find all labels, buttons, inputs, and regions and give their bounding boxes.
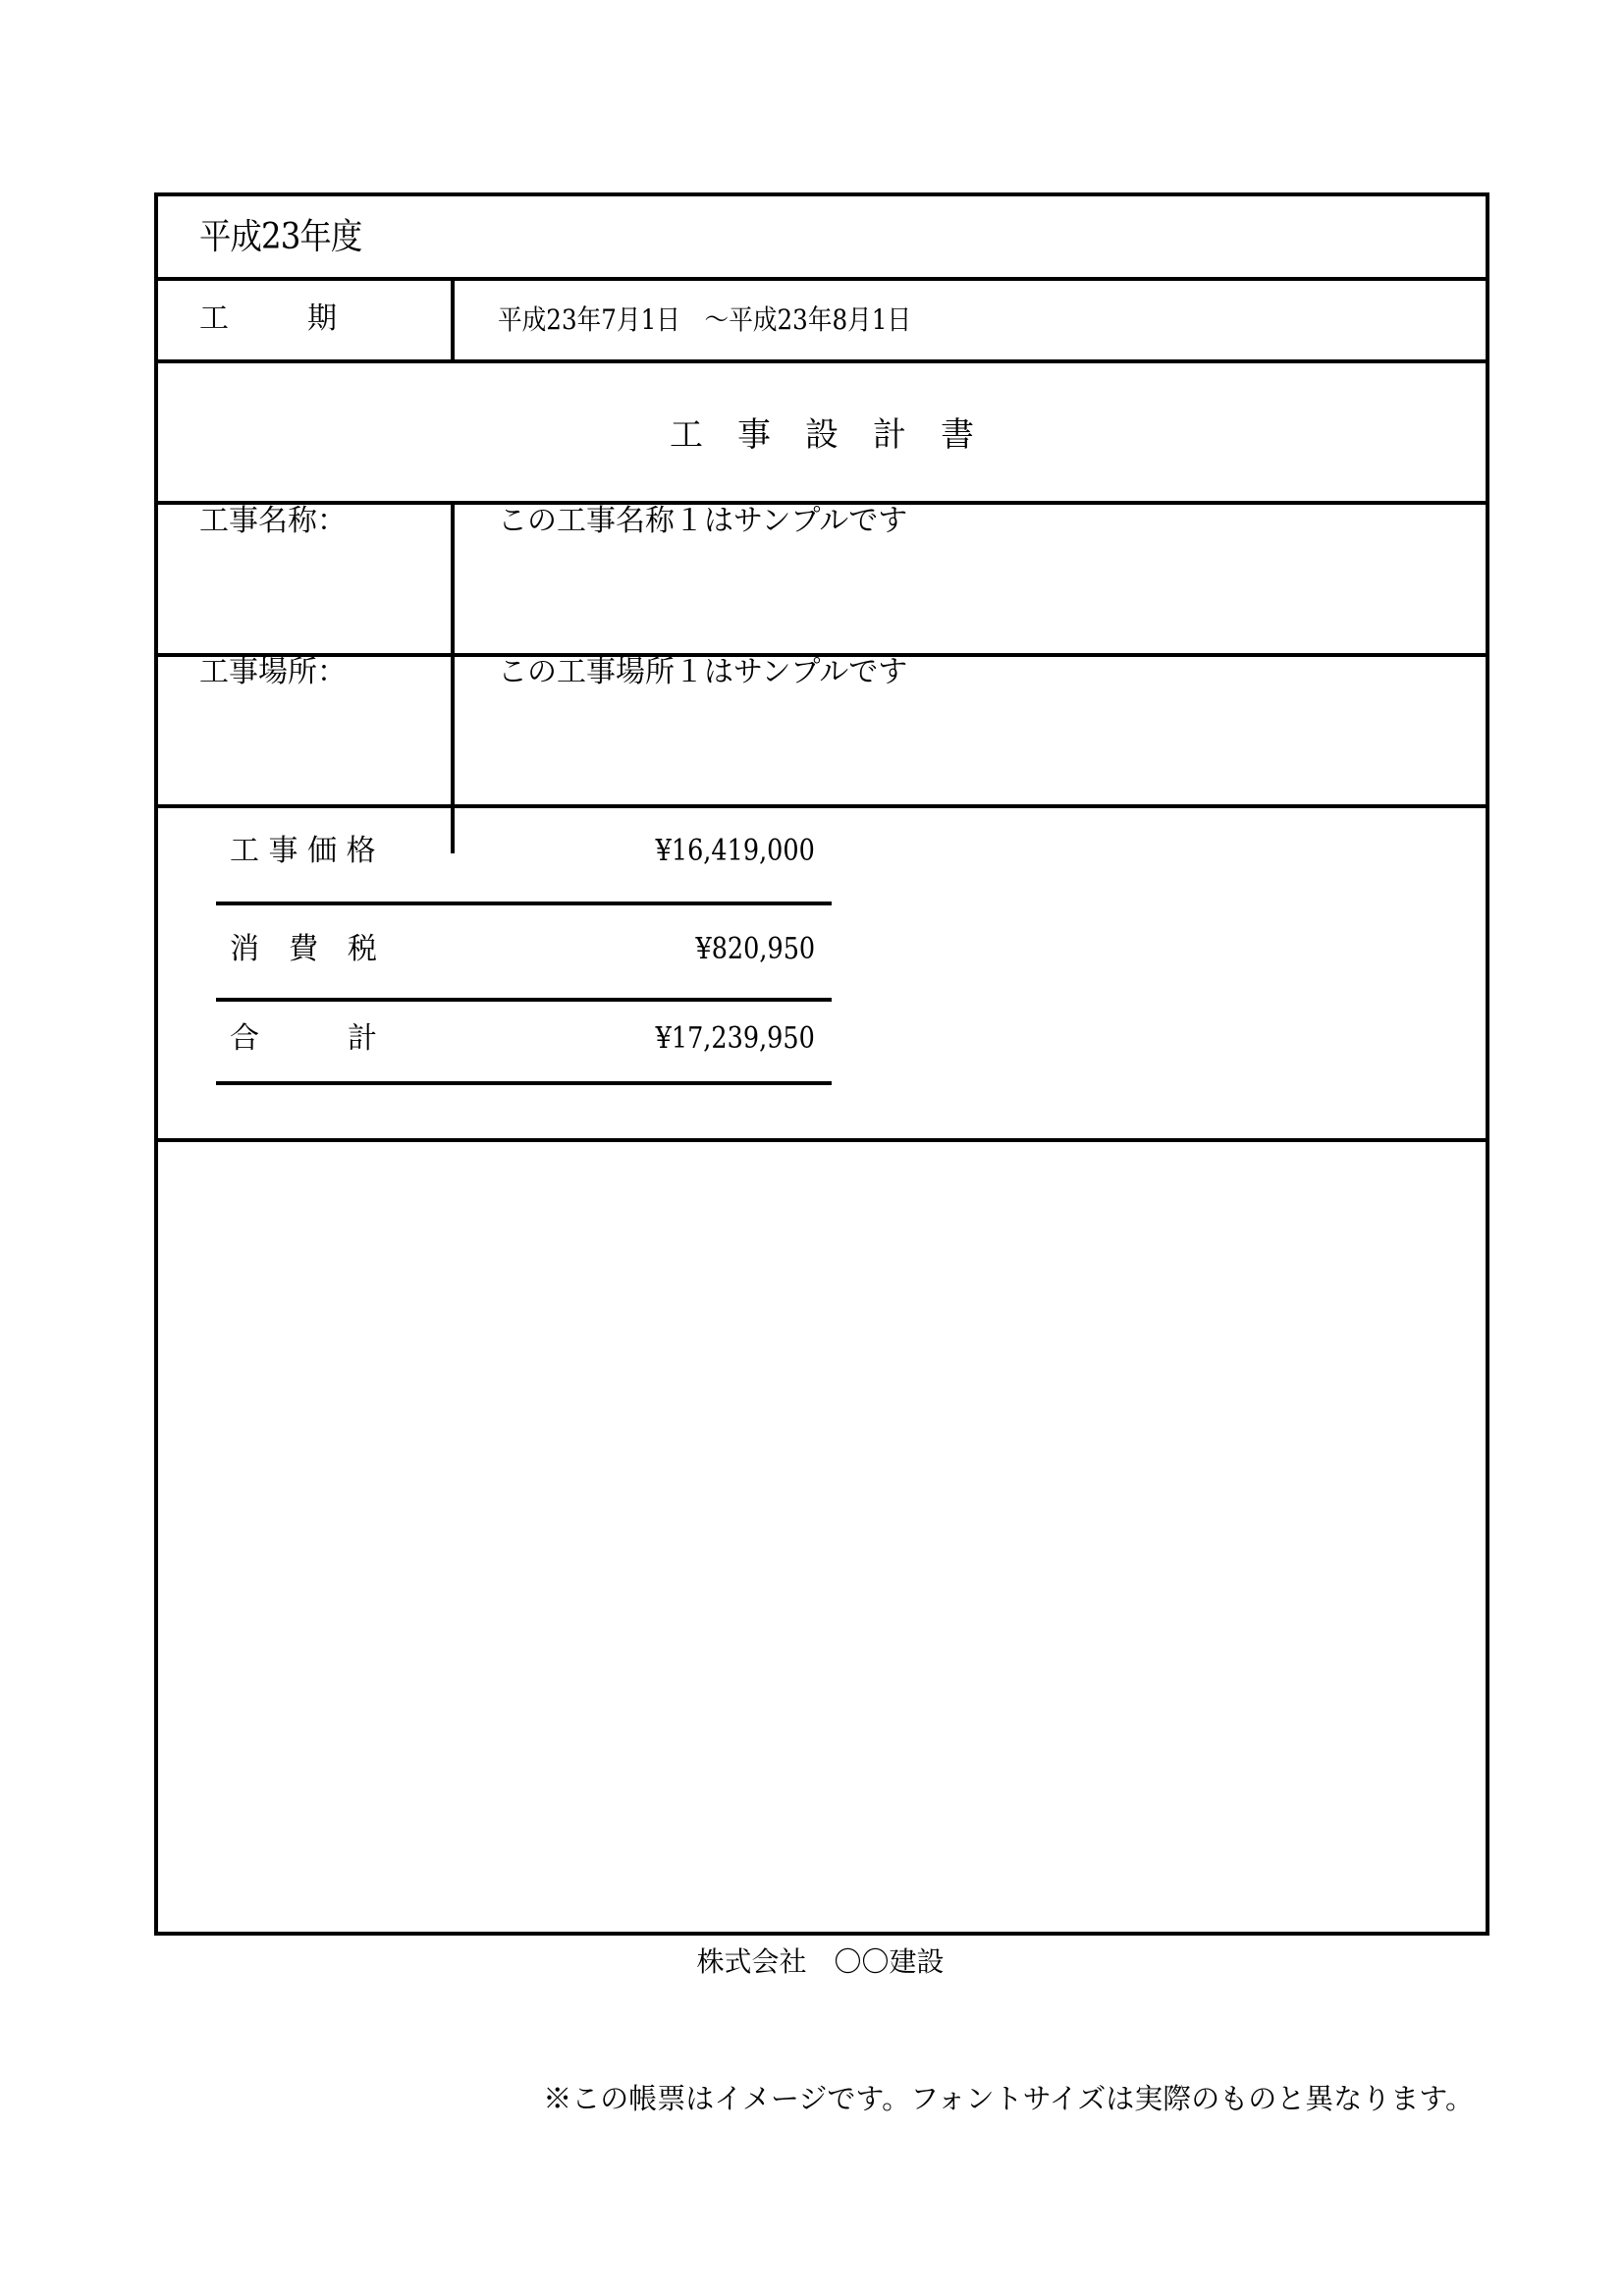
project-name-label: 工事名称： (199, 507, 347, 536)
amount-label: 消 費 税 (230, 935, 377, 964)
divider (158, 359, 1486, 363)
amount-value: ¥17,239,950 (656, 1024, 815, 1054)
column-divider (451, 501, 455, 853)
project-site-value: この工事場所１はサンプルです (498, 658, 907, 687)
period-label-char: 期 (307, 301, 337, 336)
period-label: 工期 (199, 304, 337, 334)
amounts-table: 工 事 価 格 ¥16,419,000 消 費 税 ¥820,950 合 計 ¥… (216, 810, 832, 1105)
period-label-char: 工 (199, 301, 229, 336)
design-document-form: 平成23年度 工期 平成23年7月1日 ～平成23年8月1日 工事設計書 工事名… (154, 192, 1489, 1936)
amount-rule (216, 1081, 832, 1085)
amount-label: 合 計 (230, 1024, 377, 1054)
amount-value: ¥16,419,000 (656, 837, 815, 866)
fiscal-year: 平成23年度 (199, 220, 361, 255)
amount-rule (216, 998, 832, 1002)
company-name: 株式会社 〇〇建設 (0, 1941, 1623, 1980)
project-name-value: この工事名称１はサンプルです (498, 507, 907, 536)
project-site-label: 工事場所： (199, 658, 347, 687)
footnote: ※この帳票はイメージです。フォントサイズは実際のものと異なります。 (543, 2077, 1474, 2117)
period-value: 平成23年7月1日 ～平成23年8月1日 (498, 306, 911, 334)
amount-value: ¥820,950 (695, 935, 815, 964)
divider (158, 277, 1486, 281)
document-title: 工事設計書 (158, 418, 1486, 452)
amount-rule (216, 902, 832, 905)
amount-label: 工 事 価 格 (230, 837, 376, 866)
notes-area (158, 1142, 1486, 1932)
column-divider (451, 277, 455, 363)
divider (158, 804, 1486, 808)
